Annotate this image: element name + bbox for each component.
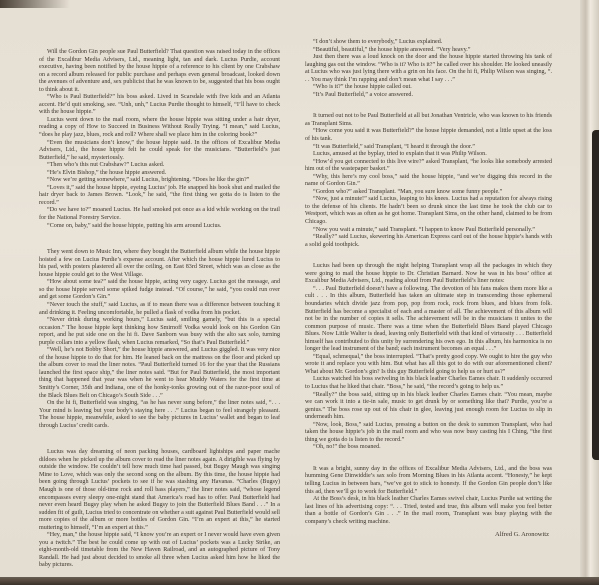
- paragraph: “. . . Paul Butterfield doesn’t have a f…: [305, 286, 552, 354]
- paragraph: “It’s Paul Butterfield,” a voice answere…: [305, 92, 552, 100]
- paragraph: “Now we’re getting somewhere,” said Luci…: [39, 177, 280, 185]
- paragraph: “Now, look, Boss,” said Lucius, pressing…: [305, 422, 552, 445]
- paragraph: On the hi fi, Butterfield was singing, “…: [39, 400, 280, 430]
- author-signature: Alfred G. Aronowitz: [495, 531, 549, 538]
- paragraph: Lucius went down to the mail room, where…: [39, 117, 280, 140]
- paragraph: “Loves it,” said the house hippie, eyein…: [39, 185, 280, 208]
- paragraph: “Now, just a minute!” said Lucius, leapi…: [305, 196, 552, 226]
- liner-notes-right-column: “I don’t show them to everybody,” Lucius…: [305, 39, 552, 526]
- paragraph: “Well, he’s not Bobby Short,” the house …: [39, 347, 280, 400]
- paragraph: Lucius watched his boss swiveling in his…: [305, 376, 552, 391]
- paragraph: “Who is it?” the house hippie called out…: [305, 84, 552, 92]
- paragraph: “It was Butterfield,” said Transplant, “…: [305, 144, 552, 152]
- liner-notes-left-column: Will the Gordon Gin people sue Paul Butt…: [39, 49, 280, 570]
- paragraph: “Now you wait a minute,” said Transplant…: [305, 227, 552, 235]
- section-break: [305, 452, 552, 466]
- paragraph: Lucius, amused at the byplay, tried to e…: [305, 151, 552, 159]
- section-break: [305, 99, 552, 113]
- paragraph: “Oh, no!” the boss moaned.: [305, 444, 552, 452]
- section-break: [39, 430, 280, 449]
- paragraph: “Who is Paul Butterfield?” his boss aske…: [39, 94, 280, 117]
- paragraph: “Come on, baby,” said the house hippie, …: [39, 223, 280, 231]
- paragraph: “Really?” the boss said, sitting up in h…: [305, 392, 552, 422]
- paragraph: It was a bright, sunny day in the office…: [305, 466, 552, 496]
- paragraph: Lucius had been up through the night hel…: [305, 263, 552, 286]
- paragraph: “Even the musicians don’t know,” the hou…: [39, 140, 280, 163]
- paragraph: “Never drink during working hours,” Luci…: [39, 317, 280, 347]
- paragraph: At the Boss’s desk, in his black leather…: [305, 496, 552, 526]
- table-surface: [0, 577, 599, 585]
- paragraph: “Why, this here’s my cool boss,” said th…: [305, 174, 552, 189]
- paragraph: “I don’t show them to everybody,” Lucius…: [305, 39, 552, 47]
- paragraph: “How about some tea?” said the house hip…: [39, 279, 280, 302]
- paragraph: “Do we have to?” moaned Lucius. He had s…: [39, 207, 280, 222]
- paragraph: “Never touch the stuff,” said Lucius, as…: [39, 302, 280, 317]
- paragraph: “Really?” said Lucius, skewering his Ame…: [305, 234, 552, 249]
- paragraph: It turned out not to be Paul Butterfield…: [305, 113, 552, 128]
- section-break: [39, 230, 280, 249]
- vinyl-record-edge: [592, 130, 599, 460]
- corner-shadow: [0, 0, 70, 8]
- paragraph: “How come you said it was Butterfield?” …: [305, 128, 552, 143]
- paragraph: “Then who’s this nut Crabshaw?” Lucius a…: [39, 162, 280, 170]
- paragraph: “Equal, schmequal,” the boss interrupted…: [305, 354, 552, 377]
- paragraph: “Hey, man,” the house hippie said, “I kn…: [39, 532, 280, 570]
- paragraph: Will the Gordon Gin people sue Paul Butt…: [39, 49, 280, 94]
- paragraph: “Beautiful, beautiful,” the house hippie…: [305, 47, 552, 55]
- paragraph: Lucius was day dreaming of neon packing …: [39, 449, 280, 532]
- paragraph: They went down to Music Inn, where they …: [39, 249, 280, 279]
- section-break: [305, 249, 552, 263]
- paragraph: “How’d you get connected to this live wi…: [305, 159, 552, 174]
- paragraph: Just then there was a loud knock on the …: [305, 54, 552, 84]
